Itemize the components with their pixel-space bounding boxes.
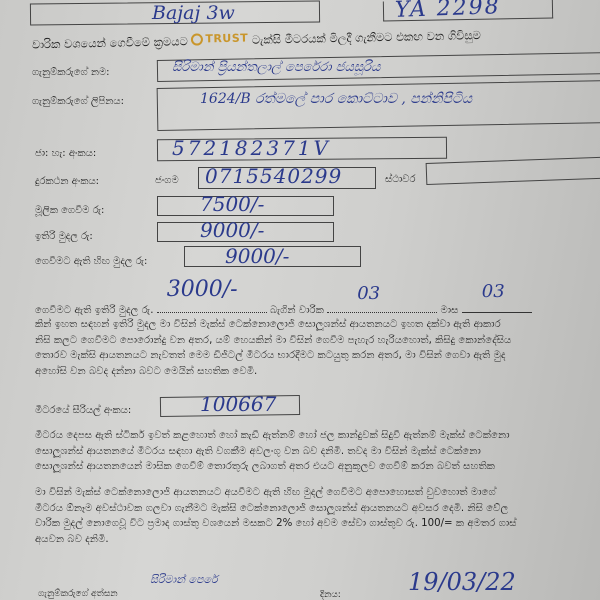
- paragraph1-line: නිසි කලට ගෙවීමට පොරොන්දු වන අතර, යම් හෙය…: [35, 333, 511, 349]
- installment-balance-value: 3000/-: [167, 282, 238, 298]
- installment-value: 03: [357, 286, 380, 302]
- customer-address-value: 1624/B රත්මලේ පාර කොට්ටාව , පන්නිපිටිය: [200, 91, 472, 107]
- installment-field: 03: [327, 300, 437, 313]
- initial-payment-label: මූලික ගෙවීම රු:: [35, 205, 104, 216]
- agreement-title-pre: වාරික වශයෙන් ගෙවීමේ ක්‍රමයට: [32, 34, 188, 51]
- warranty-paragraph: මීටරය දෙපස ඇති ස්ටිකර් ඉවත් කළහොත් හෝ කැ…: [35, 428, 510, 475]
- balance-amount-label: ඉතිරි මුදල රු:: [35, 231, 93, 242]
- vehicle-model: Bajaj 3w: [152, 2, 235, 24]
- months-label: මාස: [440, 305, 458, 316]
- months-field: 03: [462, 300, 532, 313]
- date-value: 19/03/22: [408, 568, 516, 596]
- payment-terms-paragraph: කින් ඉහත සඳහන් ඉතිරි මුදල මා විසින් මැක්…: [35, 317, 511, 379]
- paragraph2-line: සොලූශන්ස් ආයතනයේ මීටරය සඳහා ඇති වගකීම අව…: [35, 444, 510, 460]
- installment-label: බැගින් වාරික: [270, 305, 324, 316]
- signature-label: ගැනුම්කරුගේ අත්සන: [38, 589, 118, 599]
- landline-box[interactable]: [426, 157, 600, 185]
- balance-amount-value: 9000/-: [200, 218, 264, 242]
- customer-name-value: සිරිමාන් ප්‍රියන්තලාල් පෙරේරා ජයසූරිය: [172, 60, 380, 75]
- brand-logo: TRUST: [191, 31, 248, 45]
- mobile-label: ජංගම: [155, 175, 179, 186]
- paragraph2-line: මීටරය දෙපස ඇති ස්ටිකර් ඉවත් කළහොත් හෝ කැ…: [35, 428, 510, 444]
- mobile-value: 0715540299: [205, 164, 342, 188]
- months-value: 03: [482, 284, 505, 300]
- date-label: දිනය:: [320, 590, 341, 600]
- paragraph2-line: සොලූශන්ස් ආයතනයෙන් මාසික ගෙවීම් තොරතුරු …: [35, 459, 510, 475]
- agreement-title: වාරික වශයෙන් ගෙවීමේ ක්‍රමයට TRUST ටැක්සි…: [32, 27, 481, 53]
- paragraph1-line: කින් ඉහත සඳහන් ඉතිරි මුදල මා විසින් මැක්…: [35, 317, 511, 333]
- initial-payment-value: 7500/-: [200, 192, 264, 216]
- nic-value: 572182371V: [172, 136, 331, 160]
- installment-balance-field: 3000/-: [157, 300, 267, 313]
- agreement-title-post: ටැක්සි මීටරයක් මිලදී ගැනීමට එකඟ වන ගිවිස…: [252, 28, 481, 47]
- customer-address-label: ගැනුම්කරුගේ ලිපිනය:: [32, 96, 124, 107]
- phone-label: දුරකථන අංකය:: [35, 176, 99, 187]
- trust-logo-icon: [191, 33, 203, 45]
- paragraph3-line: මා විසින් මැක්ස් ටෙක්නොලොජි ආයතනයට අයවීම…: [35, 485, 517, 501]
- serial-label: මීටරයේ සීරියල් අංකය:: [35, 405, 131, 416]
- paragraph3-line: මීටරය ඕනෑම අවස්ථාවක ගලවා ගැනීමට මැක්සි ට…: [35, 501, 517, 517]
- nic-label: ජා: හැ: අංකය:: [35, 148, 96, 159]
- paragraph3-line: අයවන බව දනිමි.: [35, 532, 517, 548]
- vehicle-number: YA 2298: [395, 0, 501, 23]
- installment-line: ගෙවීමට ඇති ඉතිරි මුදල රු. 3000/- බැගින් …: [35, 300, 532, 319]
- paragraph1-line: තොරව මැක්සි ආයතනයට නැවතත් මෙම ඩිජිටල් මී…: [35, 348, 511, 364]
- serial-value: 100667: [200, 392, 276, 416]
- paragraph3-line: වාරික මුදල් නොගෙවූ විට ප්‍රමාද ගාස්තු වශ…: [35, 516, 517, 532]
- total-payable-value: 9000/-: [225, 244, 289, 268]
- signature-value: සිරිමාන් පෙරේ: [150, 573, 218, 587]
- installment-balance-label: ගෙවීමට ඇති ඉතිරි මුදල රු.: [35, 305, 153, 316]
- default-terms-paragraph: මා විසින් මැක්ස් ටෙක්නොලොජි ආයතනයට අයවීම…: [35, 485, 517, 547]
- landline-label: ස්ථාවර: [385, 174, 415, 185]
- customer-name-label: ගැනුම්කරුගේ නම:: [32, 67, 110, 78]
- brand-logo-text: TRUST: [205, 31, 248, 45]
- paragraph1-line: අහෝසි වන බවද දන්නා බවට මෙයින් සහතික වෙමි…: [35, 364, 511, 380]
- total-payable-label: ගෙවීමට ඇති හිඟ මුදල රු:: [35, 256, 147, 267]
